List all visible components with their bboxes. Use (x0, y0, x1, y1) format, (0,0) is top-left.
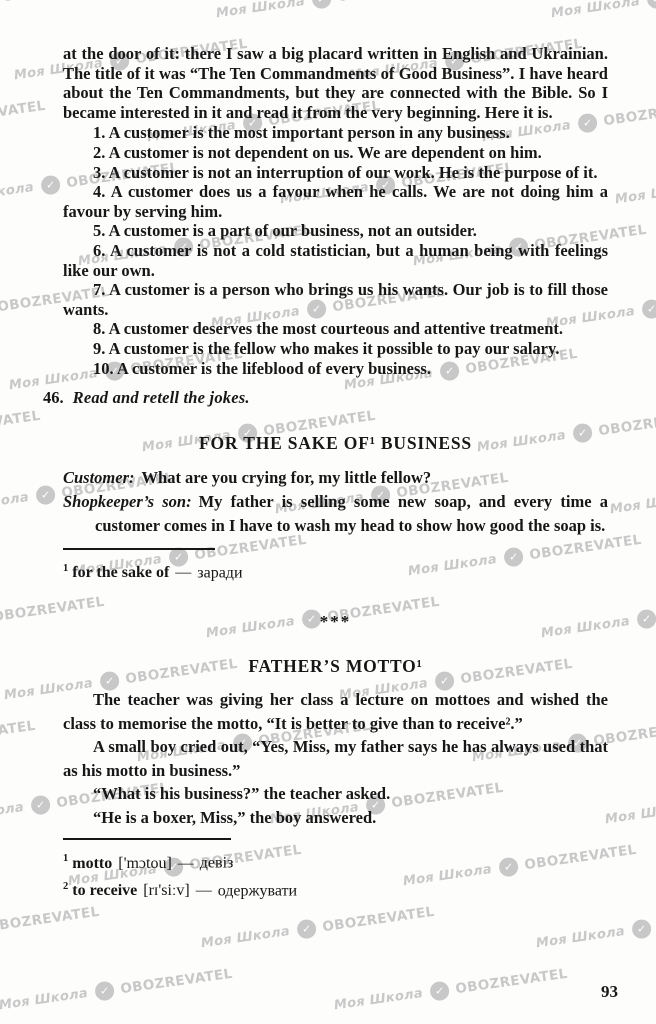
list-item: 2. A customer is not dependent on us. We… (63, 143, 608, 163)
footnote-marker: 1 (63, 853, 68, 864)
watermark-brand-text: OBOZREVATEL (0, 97, 47, 129)
footnote-block: 1for the sake of—заради (63, 548, 608, 584)
footnote-term: for the sake of (72, 564, 169, 581)
watermark-tile: Моя Школа✓OBOZREVATEL (333, 964, 569, 1016)
footnote-rule (63, 838, 231, 840)
watermark-tile: Моя Школа✓OBOZREVATEL (0, 902, 101, 954)
watermark-tile: Моя Школа✓OBOZREVATEL (535, 902, 656, 954)
watermark-tile: Моя Школа✓OBOZREVATEL (609, 468, 656, 520)
footnote-translation: заради (197, 564, 242, 581)
watermark-brand-text: OBOZREVATEL (119, 965, 233, 997)
dialogue-line: Shopkeeper’s son:My father is selling so… (63, 490, 608, 538)
footnote-marker: 1 (63, 563, 68, 574)
watermark-tile: Моя Школа✓OBOZREVATEL (200, 902, 436, 954)
watermark-school-text: Моя Школа (200, 924, 291, 951)
footnote-dash: — (175, 564, 191, 581)
oboz-logo-icon: ✓ (647, 0, 656, 9)
watermark-brand-text: OBOZREVATEL (0, 717, 37, 749)
oboz-logo-icon: ✓ (642, 300, 656, 319)
footnote-dash: — (178, 855, 194, 872)
list-item: 1. A customer is the most important pers… (63, 123, 608, 143)
paragraph: “He is a boxer, Miss,” the boy answered. (63, 806, 608, 830)
joke-one-title: FOR THE SAKE OF¹ BUSINESS (63, 433, 608, 453)
watermark-tile: Моя Школа✓OBOZREVATEL (0, 716, 37, 768)
watermark-brand-text: OBOZREVATEL (336, 0, 450, 5)
joke-two-title: FATHER’S MOTTO¹ (63, 656, 608, 676)
watermark-tile: Моя Школа✓OBOZREVATEL (0, 0, 116, 23)
commandments-list: 1. A customer is the most important pers… (63, 123, 608, 378)
watermark-tile: Моя Школа✓OBOZREVATEL (0, 406, 42, 458)
oboz-logo-icon: ✓ (36, 486, 55, 505)
list-item: 5. A customer is a part of our business,… (63, 221, 608, 241)
list-item: 3. A customer is not an interruption of … (63, 163, 608, 183)
watermark-school-text: Моя Школа (0, 490, 30, 517)
watermark-school-text: Моя Школа (333, 986, 424, 1013)
watermark-school-text: Моя Школа (550, 0, 641, 21)
watermark-school-text: Моя Школа (0, 180, 35, 207)
footnote-translation: одержувати (218, 882, 297, 899)
list-item: 10. A customer is the lifeblood of every… (63, 359, 608, 379)
dialogue-text: What are you crying for, my little fello… (142, 468, 432, 487)
oboz-logo-icon: ✓ (312, 0, 331, 9)
watermark-school-text: Моя Школа (535, 924, 626, 951)
page-content: at the door of it: there I saw a big pla… (63, 44, 608, 902)
list-item: 7. A customer is a person who brings us … (63, 280, 608, 319)
list-item: 8. A customer deserves the most courteou… (63, 319, 608, 339)
footnote-pronunciation: ['mɔtou] (118, 855, 172, 872)
exercise-text: Read and retell the jokes. (73, 388, 250, 407)
watermark-tile: Моя Школа✓OBOZREVATEL (614, 158, 656, 210)
oboz-logo-icon: ✓ (41, 176, 60, 195)
section-separator: *** (63, 612, 608, 632)
oboz-logo-icon: ✓ (95, 982, 114, 1001)
watermark-brand-text: OBOZREVATEL (321, 903, 435, 935)
oboz-logo-icon: ✓ (637, 610, 656, 629)
watermark-brand-text: OBOZREVATEL (454, 965, 568, 997)
speaker-label: Customer: (63, 468, 135, 487)
watermark-school-text: Моя Школа (604, 800, 656, 827)
watermark-brand-text: OBOZREVATEL (602, 97, 656, 129)
oboz-logo-icon: ✓ (430, 982, 449, 1001)
footnote: 1for the sake of—заради (63, 557, 608, 584)
watermark-tile: Моя Школа✓OBOZREVATEL (0, 964, 234, 1016)
footnote: 2to receive[rɪ'siːv]—одержувати (63, 875, 608, 902)
footnote-term: to receive (72, 882, 137, 899)
paragraph: A small boy cried out, “Yes, Miss, my fa… (63, 735, 608, 782)
watermark-school-text: Моя Школа (614, 180, 656, 207)
footnote-rule (63, 548, 215, 550)
list-item: 9. A customer is the fellow who makes it… (63, 339, 608, 359)
paragraph: The teacher was giving her class a lectu… (63, 688, 608, 735)
list-item: 6. A customer is not a cold statistician… (63, 241, 608, 280)
watermark-school-text: Моя Школа (609, 490, 656, 517)
exercise-number: 46. (43, 388, 64, 407)
joke-two-text: The teacher was giving her class a lectu… (63, 688, 608, 829)
watermark-tile: Моя Школа✓OBOZREVATEL (215, 0, 451, 23)
footnote-block: 1motto['mɔtou]—девіз 2to receive[rɪ'siːv… (63, 838, 608, 902)
watermark-brand-text: OBOZREVATEL (0, 903, 101, 935)
list-item: 4. A customer does us a favour when he c… (63, 182, 608, 221)
footnote-translation: девіз (200, 855, 234, 872)
scanned-textbook-page: Моя Школа✓OBOZREVATELМоя Школа✓OBOZREVAT… (0, 0, 656, 1024)
paragraph: “What is his business?” the teacher aske… (63, 782, 608, 806)
intro-paragraph: at the door of it: there I saw a big pla… (63, 44, 608, 122)
watermark-brand-text: OBOZREVATEL (1, 0, 115, 5)
watermark-school-text: Моя Школа (0, 986, 89, 1013)
oboz-logo-icon: ✓ (632, 920, 651, 939)
watermark-tile: Моя Школа✓OBOZREVATEL (550, 0, 656, 23)
footnote-term: motto (72, 855, 112, 872)
speaker-label: Shopkeeper’s son: (63, 492, 192, 511)
watermark-tile: Моя Школа✓OBOZREVATEL (0, 96, 47, 148)
footnote-dash: — (196, 882, 212, 899)
footnote-pronunciation: [rɪ'siːv] (143, 882, 189, 899)
page-number: 93 (601, 982, 618, 1002)
dialogue-line: Customer:What are you crying for, my lit… (63, 466, 608, 490)
oboz-logo-icon: ✓ (31, 796, 50, 815)
watermark-school-text: Моя Школа (215, 0, 306, 21)
watermark-school-text: Моя Школа (0, 800, 25, 827)
oboz-logo-icon: ✓ (297, 920, 316, 939)
footnote: 1motto['mɔtou]—девіз (63, 847, 608, 874)
exercise-instruction: 46.Read and retell the jokes. (43, 387, 608, 409)
watermark-tile: Моя Школа✓OBOZREVATEL (604, 778, 656, 830)
watermark-brand-text: OBOZREVATEL (0, 407, 42, 439)
footnote-marker: 2 (63, 881, 68, 892)
joke-one-dialogue: Customer:What are you crying for, my lit… (63, 466, 608, 538)
